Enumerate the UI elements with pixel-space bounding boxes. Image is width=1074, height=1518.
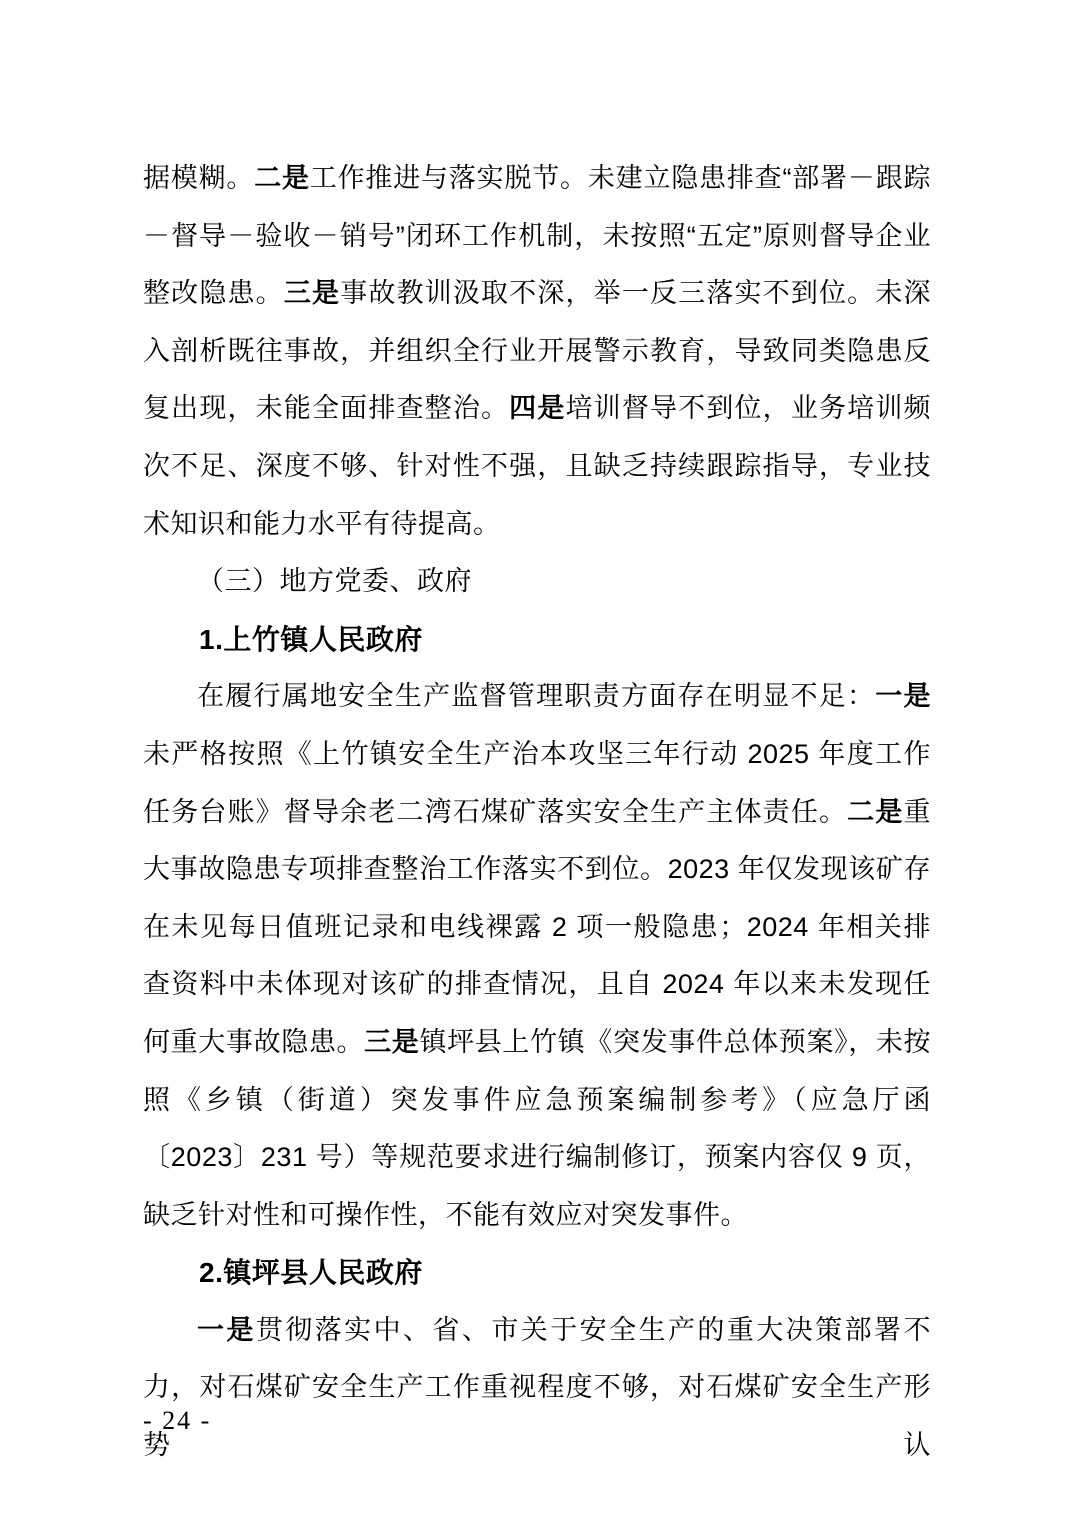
paragraph: 一是贯彻落实中、省、市关于安全生产的重大决策部署不力，对石煤矿安全生产工作重视程… [143,1302,931,1475]
text-run: 重大事故隐患专项排查整治工作落实不到位。2023 年仅发现该矿存在未见每日值班记… [143,797,931,1057]
bold-text-run: 四是 [509,393,565,423]
bold-text-run: 二是 [847,797,903,827]
document-page: 据模糊。二是工作推进与落实脱节。未建立隐患排查“部署－跟踪－督导－验收－销号”闭… [0,0,1074,1518]
bold-text-run: 二是 [254,163,310,193]
bold-text-run: 一是 [875,681,931,711]
text-run: 据模糊。 [143,163,254,193]
text-run: （三）地方党委、政府 [197,566,472,596]
heading-section: （三）地方党委、政府 [143,553,931,611]
bold-text-run: 一是 [197,1315,256,1345]
text-run: 未严格按照《上竹镇安全生产治本攻坚三年行动 2025 年度工作任务台账》督导余老… [143,739,931,827]
page-number: - 24 - [143,1406,211,1436]
paragraph: 据模糊。二是工作推进与落实脱节。未建立隐患排查“部署－跟踪－督导－验收－销号”闭… [143,150,931,553]
bold-text-run: 2.镇坪县人民政府 [199,1257,423,1288]
text-run: 镇坪县上竹镇《突发事件总体预案》，未按照《乡镇（街道）突发事件应急预案编制参考》… [143,1027,931,1230]
text-run: 贯彻落实中、省、市关于安全生产的重大决策部署不力，对石煤矿安全生产工作重视程度不… [143,1315,931,1460]
bold-text-run: 三是 [284,278,340,308]
heading-bold: 2.镇坪县人民政府 [143,1244,931,1302]
bold-text-run: 三是 [364,1027,419,1057]
text-run: 在履行属地安全生产监督管理职责方面存在明显不足： [197,681,875,711]
document-body: 据模糊。二是工作推进与落实脱节。未建立隐患排查“部署－跟踪－督导－验收－销号”闭… [143,150,931,1475]
paragraph: 在履行属地安全生产监督管理职责方面存在明显不足：一是未严格按照《上竹镇安全生产治… [143,668,931,1244]
bold-text-run: 1.上竹镇人民政府 [199,624,423,655]
heading-bold: 1.上竹镇人民政府 [143,611,931,669]
